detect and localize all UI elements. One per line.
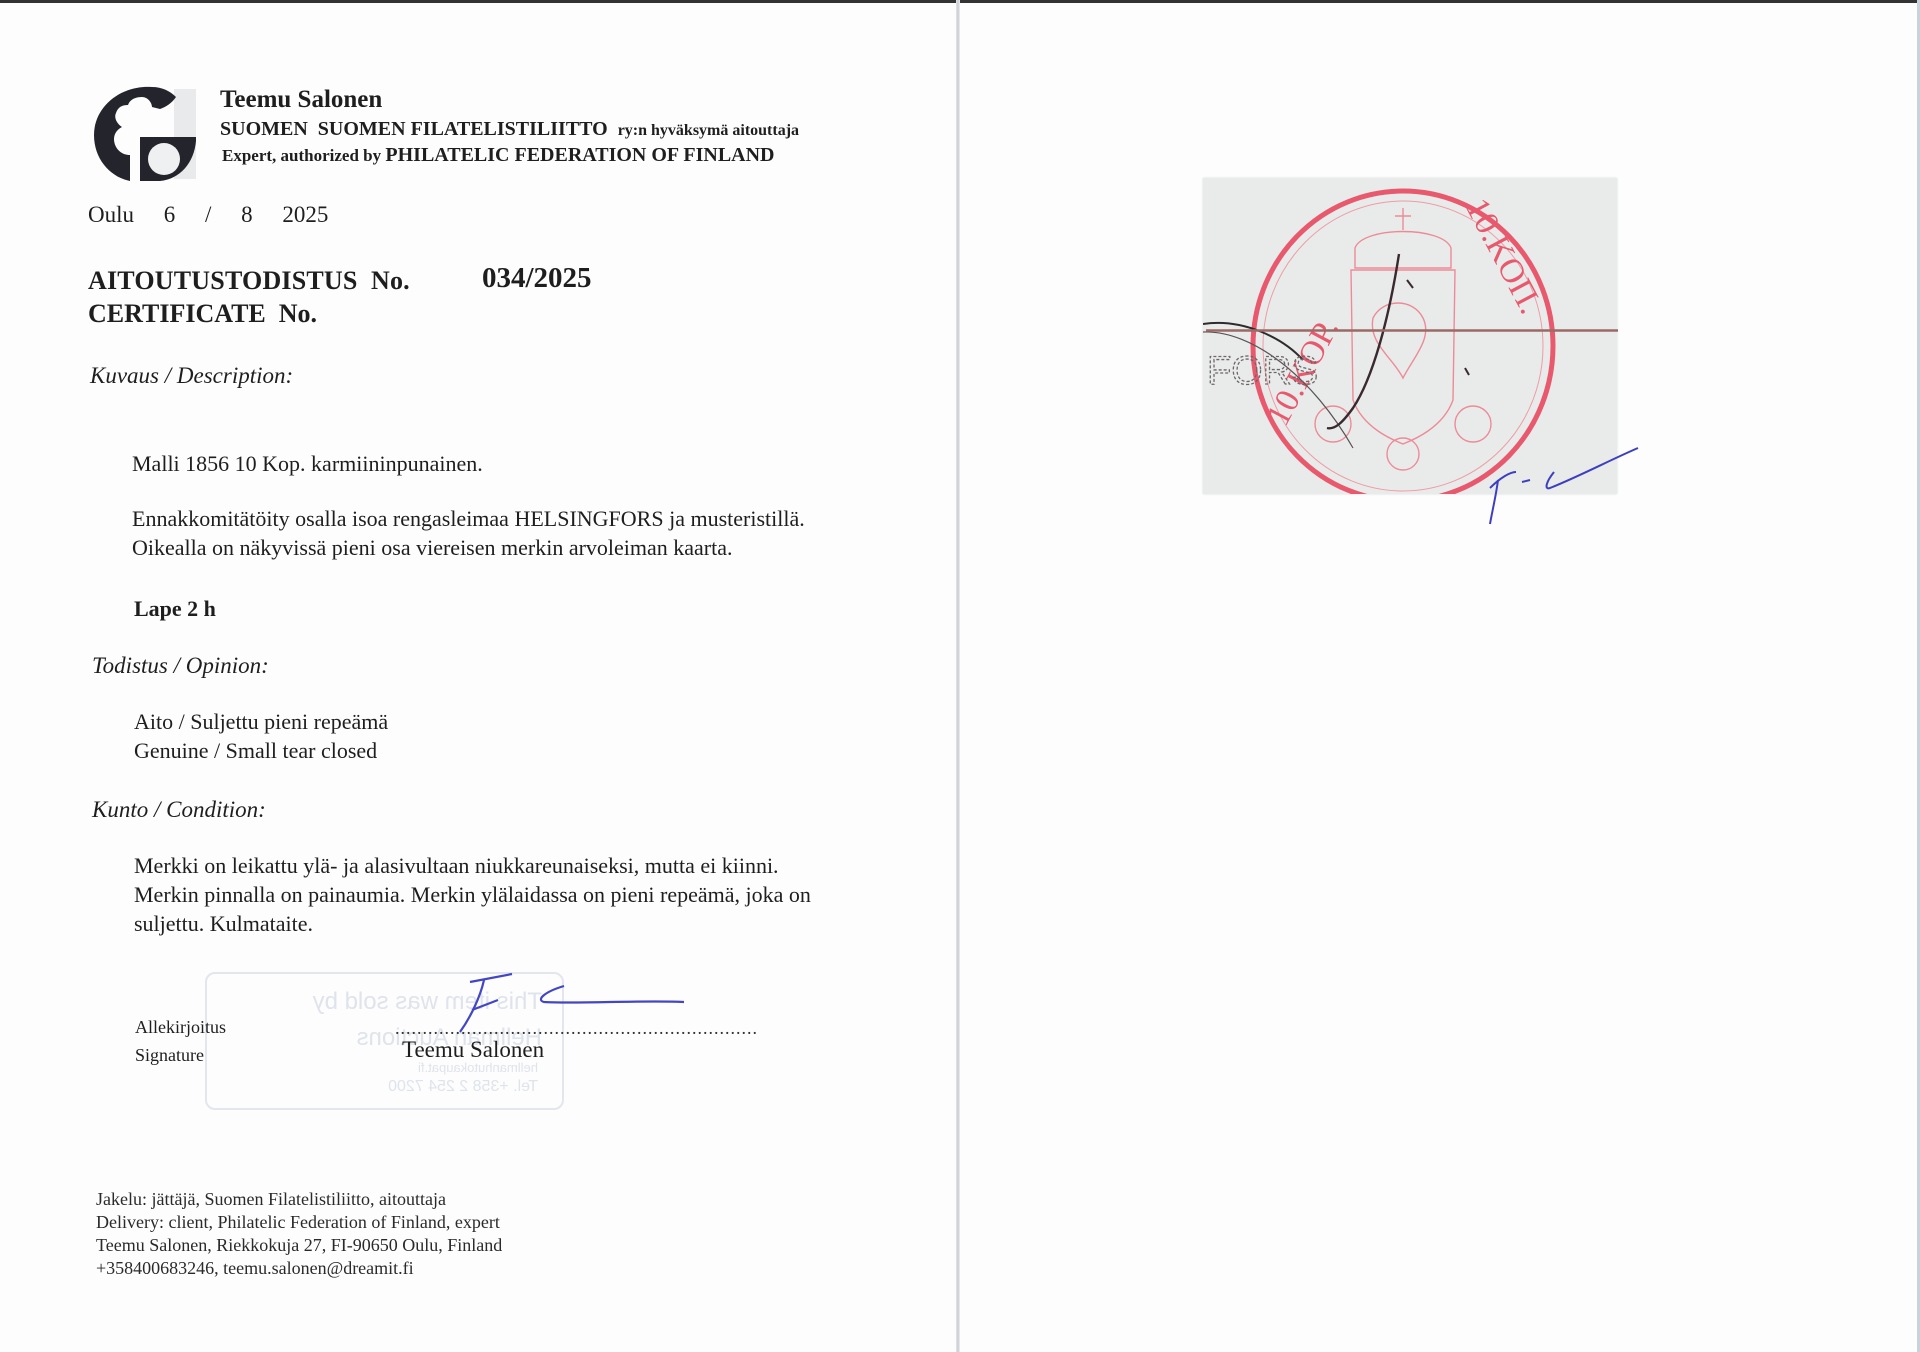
- stamp-guide-line: [1206, 329, 1704, 332]
- description-line-3: Oikealla on näkyvissä pieni osa viereise…: [132, 535, 733, 561]
- center-fold: [956, 0, 960, 1352]
- certificate-label-en: CERTIFICATE No.: [88, 299, 317, 329]
- date-day: 6: [164, 202, 176, 227]
- footer-line-3: Teemu Salonen, Riekkokuja 27, FI-90650 O…: [96, 1235, 502, 1256]
- footer-line-2: Delivery: client, Philatelic Federation …: [96, 1212, 500, 1233]
- postmark-fragment: FORS: [1207, 349, 1318, 393]
- page-top-edge: [0, 0, 1920, 3]
- expert-pen-mark: [1470, 420, 1650, 530]
- date-year: 2025: [282, 202, 328, 227]
- handwritten-signature: [440, 970, 700, 1040]
- footer-line-1: Jakelu: jättäjä, Suomen Filatelistiliitt…: [96, 1189, 446, 1210]
- approval-text: ry:n hyväksymä aitouttaja: [618, 122, 799, 139]
- date-city: Oulu: [88, 202, 134, 227]
- expert-name: Teemu Salonen: [220, 86, 382, 114]
- authorized-by-text: Expert, authorized by: [222, 146, 381, 165]
- certificate-number: 034/2025: [482, 262, 592, 295]
- federation-line: SUOMEN SUOMEN FILATELISTILIITTO ry:n hyv…: [220, 118, 799, 141]
- signer-name: Teemu Salonen: [402, 1037, 544, 1063]
- certificate-label-fi: AITOUTUSTODISTUS No.: [88, 266, 410, 296]
- description-line-2: Ennakkomitätöity osalla isoa rengasleima…: [132, 506, 805, 532]
- philatelic-federation-logo-icon: [90, 83, 198, 183]
- bleed-line-4: Tel. +358 2 254 7200: [388, 1078, 538, 1096]
- stamp-right-text: 10.KOП.: [1458, 192, 1549, 319]
- issue-date: Oulu 6 / 8 2025: [88, 202, 352, 228]
- footer-line-4: +358400683246, teemu.salonen@dreamit.fi: [96, 1258, 414, 1279]
- opinion-line-2: Genuine / Small tear closed: [134, 738, 377, 764]
- description-heading: Kuvaus / Description:: [90, 363, 293, 389]
- date-separator: /: [205, 202, 211, 227]
- opinion-heading: Todistus / Opinion:: [92, 653, 269, 679]
- condition-line-2: Merkin pinnalla on painaumia. Merkin ylä…: [134, 882, 811, 908]
- condition-heading: Kunto / Condition:: [92, 797, 266, 823]
- catalog-number: Lape 2 h: [134, 596, 216, 622]
- condition-line-1: Merkki on leikattu ylä- ja alasivultaan …: [134, 853, 779, 879]
- signature-label-fi: Allekirjoitus: [135, 1017, 226, 1038]
- opinion-line-1: Aito / Suljettu pieni repeämä: [134, 709, 388, 735]
- federation-name-en: PHILATELIC FEDERATION OF FINLAND: [385, 144, 774, 166]
- date-month: 8: [241, 202, 253, 227]
- description-line-1: Malli 1856 10 Kop. karmiininpunainen.: [132, 451, 483, 477]
- federation-name: SUOMEN SUOMEN FILATELISTILIITTO: [220, 118, 608, 140]
- authorization-line: Expert, authorized by PHILATELIC FEDERAT…: [222, 144, 775, 167]
- condition-line-3: suljettu. Kulmataite.: [134, 911, 313, 937]
- signature-label-en: Signature: [135, 1045, 204, 1066]
